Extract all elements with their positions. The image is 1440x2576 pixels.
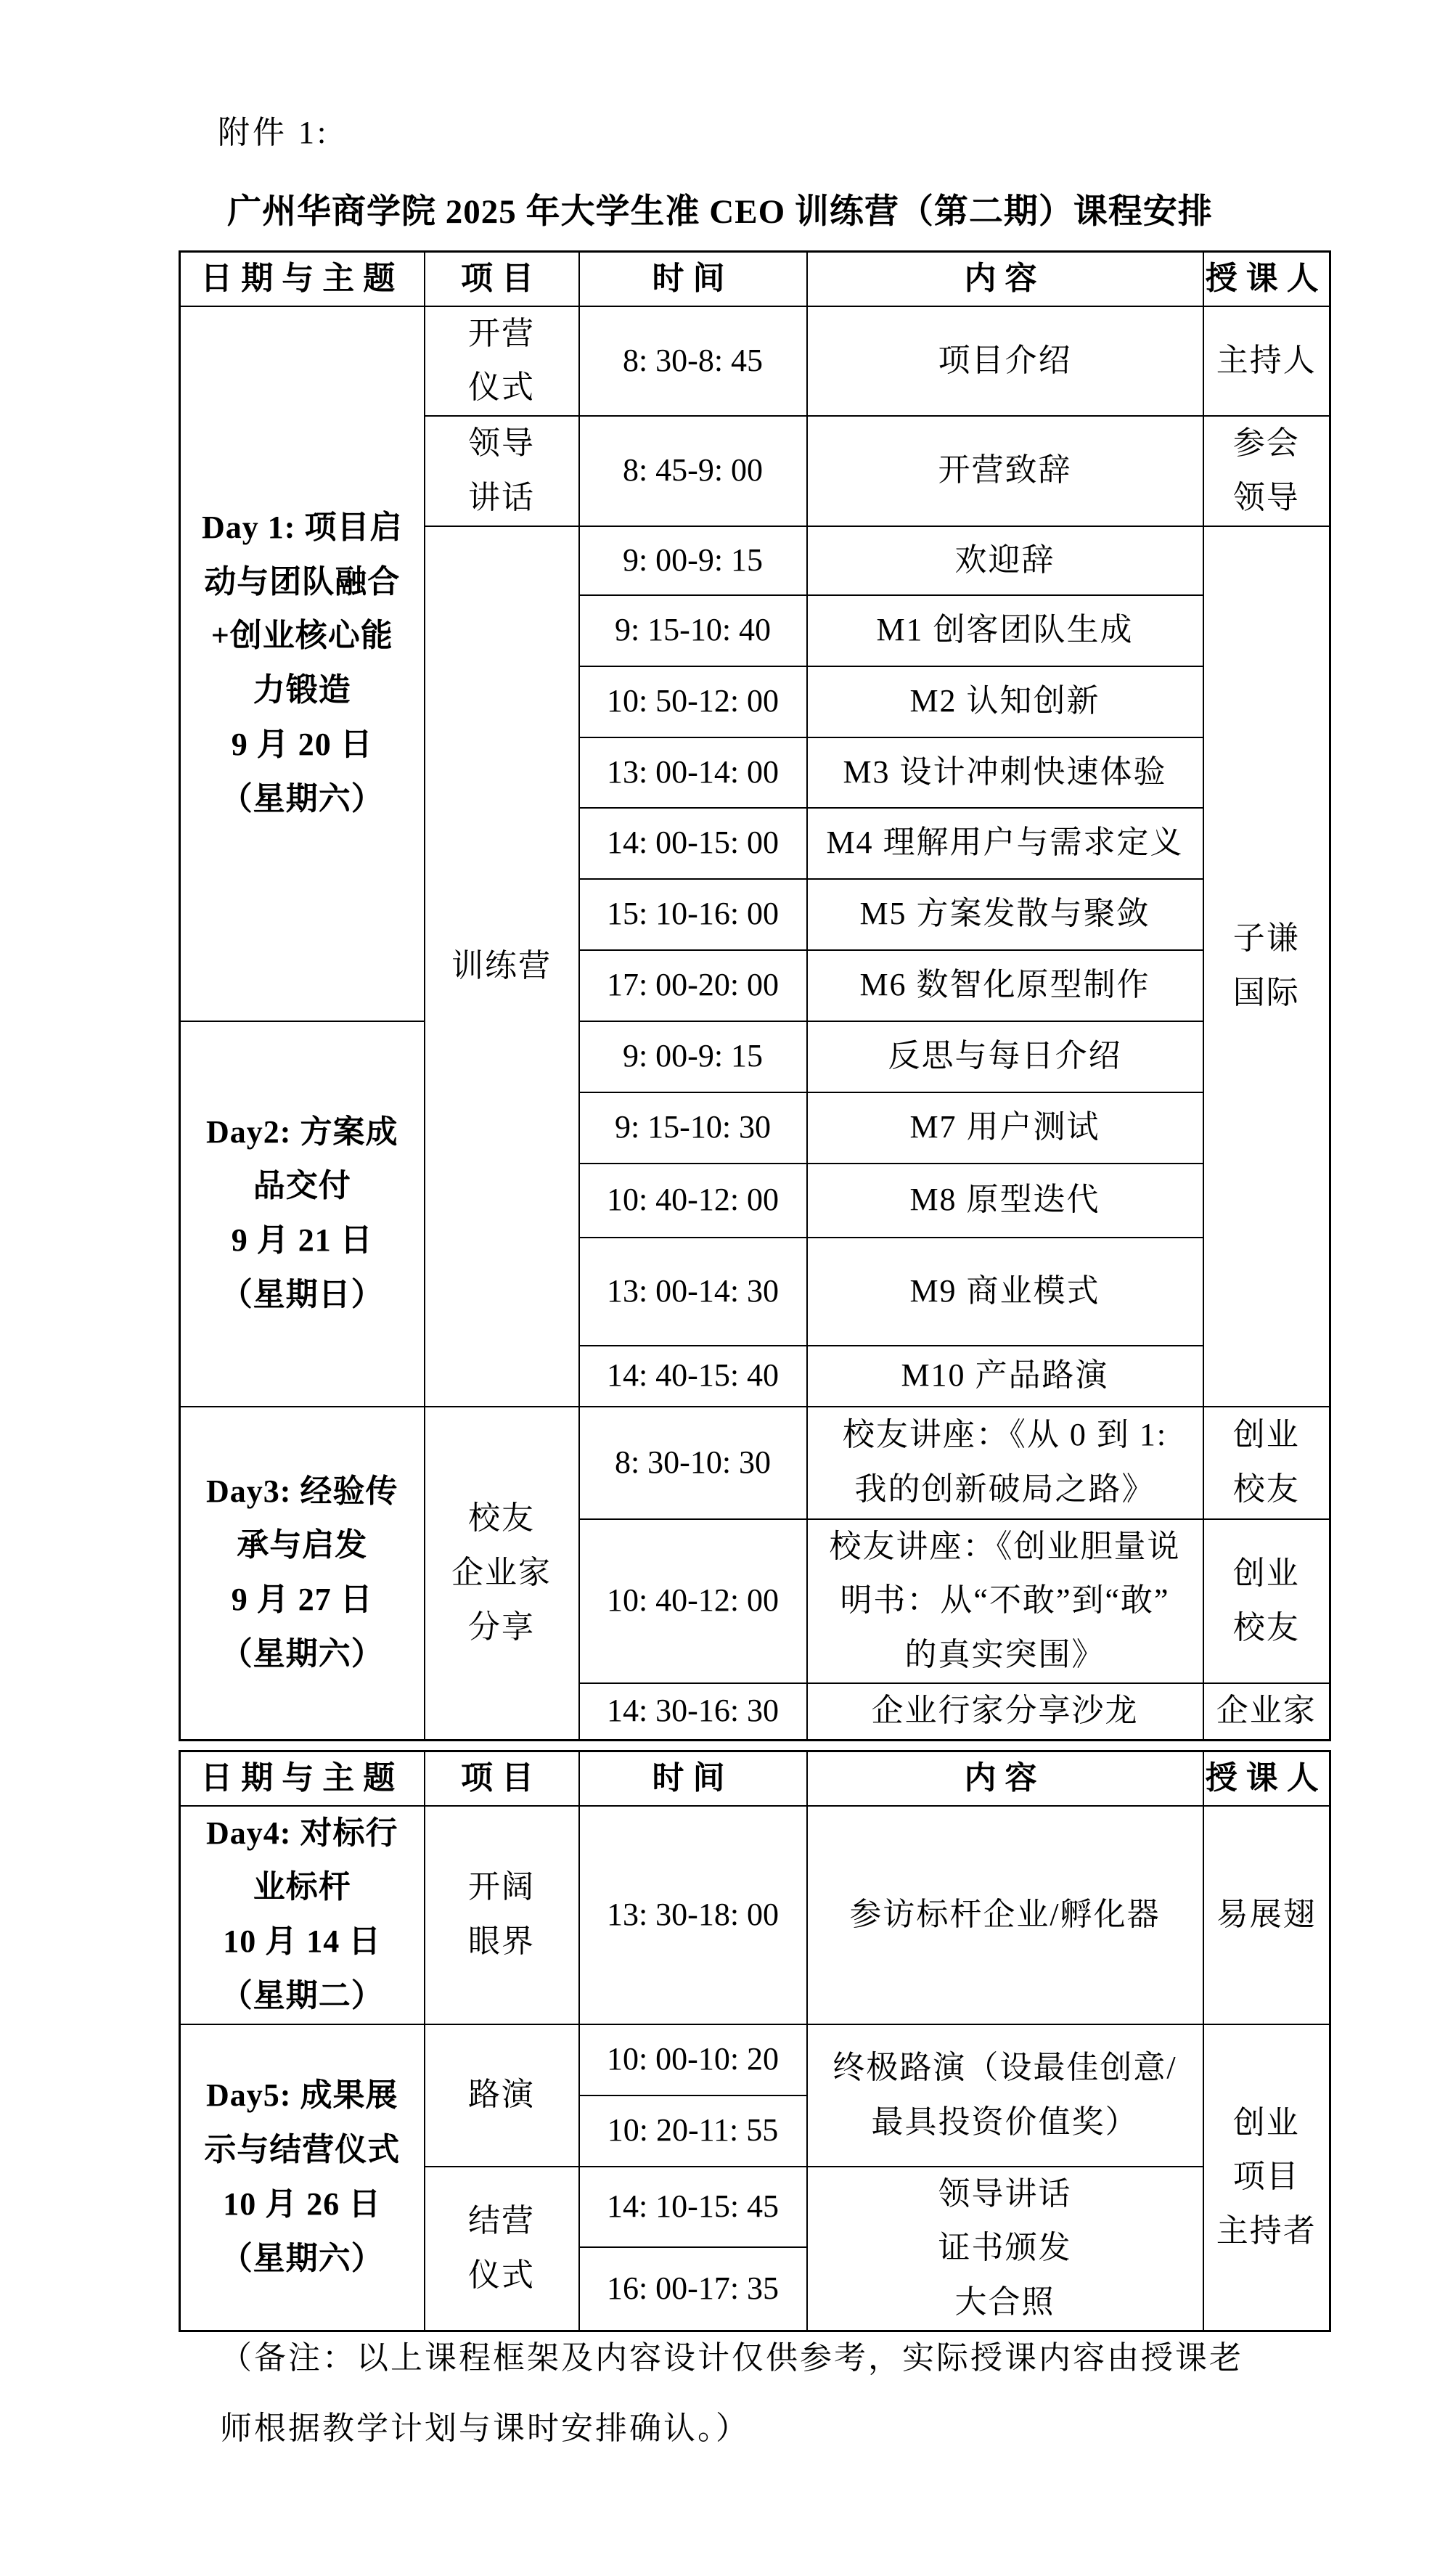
content-cell: M3 设计冲刺快速体验	[807, 737, 1203, 808]
time-cell: 8: 45-9: 00	[579, 416, 807, 526]
content-cell: 企业行家分享沙龙	[807, 1683, 1203, 1740]
project-cell: 开营 仪式	[425, 306, 579, 417]
time-cell: 17: 00-20: 00	[579, 950, 807, 1021]
time-cell: 14: 30-16: 30	[579, 1683, 807, 1740]
content-cell: M10 产品路演	[807, 1346, 1203, 1407]
instructor-cell: 创业 校友	[1203, 1407, 1330, 1519]
time-cell: 10: 50-12: 00	[579, 666, 807, 737]
time-cell: 9: 00-9: 15	[579, 1021, 807, 1092]
day3-cell: Day3: 经验传 承与启发 9 月 27 日 （星期六）	[180, 1407, 425, 1740]
table-row: Day2: 方案成 品交付 9 月 21 日 （星期日） 9: 00-9: 15…	[180, 1021, 1330, 1092]
header-time: 时间	[579, 252, 807, 306]
schedule-table-days-4-5: 日期与主题 项目 时间 内容 授课人 Day4: 对标行 业标杆 10 月 14…	[179, 1750, 1331, 2332]
project-cell: 开阔 眼界	[425, 1806, 579, 2024]
day1-cell: Day 1: 项目启 动与团队融合 +创业核心能 力锻造 9 月 20 日 （星…	[180, 306, 425, 1021]
table-row: Day 1: 项目启 动与团队融合 +创业核心能 力锻造 9 月 20 日 （星…	[180, 306, 1330, 417]
day2-cell: Day2: 方案成 品交付 9 月 21 日 （星期日）	[180, 1021, 425, 1407]
time-cell: 14: 00-15: 00	[579, 808, 807, 879]
project-cell-roadshow: 路演	[425, 2024, 579, 2167]
time-cell: 13: 30-18: 00	[579, 1806, 807, 2024]
content-cell: M1 创客团队生成	[807, 595, 1203, 666]
footnote: （备注：以上课程框架及内容设计仅供参考，实际授课内容由授课老 师根据教学计划与课…	[220, 2323, 1272, 2463]
content-cell: M2 认知创新	[807, 666, 1203, 737]
header-project: 项目	[425, 252, 579, 306]
header-project: 项目	[425, 1751, 579, 1806]
instructor-cell: 主持人	[1203, 306, 1330, 417]
table-row: Day4: 对标行 业标杆 10 月 14 日 （星期二） 开阔 眼界 13: …	[180, 1806, 1330, 2024]
time-cell: 14: 40-15: 40	[579, 1346, 807, 1407]
header-instructor: 授课人	[1203, 252, 1330, 306]
content-cell: M7 用户测试	[807, 1092, 1203, 1164]
day4-cell: Day4: 对标行 业标杆 10 月 14 日 （星期二）	[180, 1806, 425, 2024]
project-cell-alumni-share: 校友 企业家 分享	[425, 1407, 579, 1740]
time-cell: 10: 00-10: 20	[579, 2024, 807, 2095]
content-cell: 反思与每日介绍	[807, 1021, 1203, 1092]
content-cell: M6 数智化原型制作	[807, 950, 1203, 1021]
content-cell: 参访标杆企业/孵化器	[807, 1806, 1203, 2024]
project-cell-closing: 结营 仪式	[425, 2167, 579, 2331]
instructor-cell-project-host: 创业 项目 主持者	[1203, 2024, 1330, 2331]
table-header-row: 日期与主题 项目 时间 内容 授课人	[180, 252, 1330, 306]
content-cell: M5 方案发散与聚敛	[807, 879, 1203, 950]
project-cell: 领导 讲话	[425, 416, 579, 526]
project-cell-training-camp: 训练营	[425, 526, 579, 1407]
table-header-row: 日期与主题 项目 时间 内容 授课人	[180, 1751, 1330, 1806]
time-cell: 10: 20-11: 55	[579, 2095, 807, 2167]
time-cell: 8: 30-10: 30	[579, 1407, 807, 1519]
time-cell: 13: 00-14: 00	[579, 737, 807, 808]
attachment-label: 附件 1:	[218, 106, 329, 152]
document-page: 附件 1: 广州华商学院 2025 年大学生准 CEO 训练营（第二期）课程安排…	[0, 0, 1440, 2576]
header-content: 内容	[807, 252, 1203, 306]
content-cell: M9 商业模式	[807, 1238, 1203, 1346]
time-cell: 10: 40-12: 00	[579, 1164, 807, 1238]
header-date-theme: 日期与主题	[180, 1751, 425, 1806]
time-cell: 16: 00-17: 35	[579, 2247, 807, 2331]
header-content: 内容	[807, 1751, 1203, 1806]
table-row: Day5: 成果展 示与结营仪式 10 月 26 日 （星期六） 路演 10: …	[180, 2024, 1330, 2095]
time-cell: 14: 10-15: 45	[579, 2167, 807, 2247]
time-cell: 13: 00-14: 30	[579, 1238, 807, 1346]
content-cell: 项目介绍	[807, 306, 1203, 417]
schedule-table-days-1-3: 日期与主题 项目 时间 内容 授课人 Day 1: 项目启 动与团队融合 +创业…	[179, 250, 1331, 1741]
time-cell: 10: 40-12: 00	[579, 1519, 807, 1683]
content-cell: 开营致辞	[807, 416, 1203, 526]
time-cell: 15: 10-16: 00	[579, 879, 807, 950]
time-cell: 9: 15-10: 40	[579, 595, 807, 666]
table-row: Day3: 经验传 承与启发 9 月 27 日 （星期六） 校友 企业家 分享 …	[180, 1407, 1330, 1519]
header-time: 时间	[579, 1751, 807, 1806]
content-cell: 欢迎辞	[807, 526, 1203, 595]
content-cell-final-roadshow: 终极路演（设最佳创意/ 最具投资价值奖）	[807, 2024, 1203, 2167]
time-cell: 9: 00-9: 15	[579, 526, 807, 595]
content-cell-closing-items: 领导讲话 证书颁发 大合照	[807, 2167, 1203, 2331]
content-cell: 校友讲座：《从 0 到 1: 我的创新破局之路》	[807, 1407, 1203, 1519]
instructor-cell-ziqian: 子谦 国际	[1203, 526, 1330, 1407]
content-cell: 校友讲座：《创业胆量说 明书：从“不敢”到“敢” 的真实突围》	[807, 1519, 1203, 1683]
instructor-cell: 参会 领导	[1203, 416, 1330, 526]
instructor-cell: 易展翅	[1203, 1806, 1330, 2024]
content-cell: M8 原型迭代	[807, 1164, 1203, 1238]
time-cell: 9: 15-10: 30	[579, 1092, 807, 1164]
instructor-cell: 企业家	[1203, 1683, 1330, 1740]
day5-cell: Day5: 成果展 示与结营仪式 10 月 26 日 （星期六）	[180, 2024, 425, 2331]
instructor-cell: 创业 校友	[1203, 1519, 1330, 1683]
content-cell: M4 理解用户与需求定义	[807, 808, 1203, 879]
time-cell: 8: 30-8: 45	[579, 306, 807, 417]
header-instructor: 授课人	[1203, 1751, 1330, 1806]
header-date-theme: 日期与主题	[180, 252, 425, 306]
document-title: 广州华商学院 2025 年大学生准 CEO 训练营（第二期）课程安排	[0, 184, 1440, 233]
